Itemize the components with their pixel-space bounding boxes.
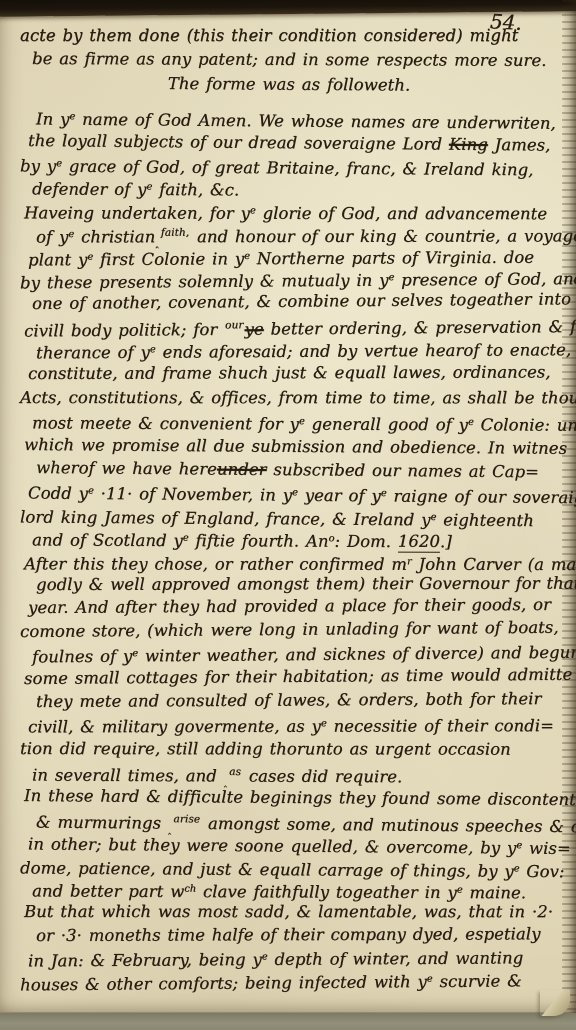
text-run: necessitie of their condi= <box>327 716 554 736</box>
text-run: which we promise all due submission and … <box>24 435 567 458</box>
text-run: in Jan: & February, being y <box>28 950 262 970</box>
inserted-word: faith, <box>161 227 189 239</box>
text-run: raigne of our soveraigne <box>387 487 576 508</box>
text-run: After this they chose, or rather confirm… <box>24 554 407 573</box>
text-run: one of another, covenant, & combine our … <box>32 289 576 313</box>
text-run: defender of y <box>32 180 147 200</box>
text-run: But that which was most sadd, & lamentab… <box>24 902 553 921</box>
text-run: Acts, constitutions, & offices, from tim… <box>20 388 576 407</box>
manuscript-line: foulnes of ye winter weather, and sickne… <box>32 639 562 667</box>
manuscript-line: civill body politick; for ourye better o… <box>24 311 562 339</box>
struck-word: ye <box>244 319 263 338</box>
text-run: fiftie fourth. An <box>189 531 329 551</box>
text-run: year. And after they had provided a plac… <box>28 595 551 617</box>
manuscript-line: most meete & convenient for ye generall … <box>32 409 562 435</box>
text-run: James, <box>488 135 551 155</box>
text-run: year of y <box>298 486 381 506</box>
manuscript-photo: 54. acte by them done (this their condit… <box>0 0 576 1030</box>
text-run: Codd y <box>28 484 88 504</box>
text-run: better ordering, & preservation & fur= <box>264 316 576 338</box>
manuscript-line: in severall times, and ‸as cases did req… <box>32 760 562 786</box>
text-run: by y <box>20 156 56 175</box>
text-run: depth of winter, and wanting <box>268 949 524 970</box>
manuscript-line: and better part wch clave faithfully tog… <box>32 877 562 902</box>
text-run: be as firme as any patent; and in some r… <box>32 49 547 70</box>
text-run: some small cottages for their habitation… <box>24 664 572 687</box>
text-run: and better part w <box>32 881 184 901</box>
text-run: faith, &c. <box>152 180 239 199</box>
struck-word: King <box>449 134 488 153</box>
manuscript-line: of ye christian‸faith, and honour of our… <box>36 221 562 245</box>
text-run: tion did require, still adding thorunto … <box>20 739 511 759</box>
inserted-word: our <box>225 319 243 331</box>
text-run: first Colonie in y <box>93 249 244 269</box>
manuscript-line: some small cottages for their habitation… <box>24 662 562 690</box>
manuscript-line: After this they chose, or rather confirm… <box>24 550 562 574</box>
text-run: presence of God, and <box>394 269 576 289</box>
manuscript-line: therance of ye ends aforesaid; and by ve… <box>36 336 562 363</box>
text-run: ·11· of November, in y <box>94 484 292 505</box>
manuscript-line: But that which was most sadd, & lamentab… <box>24 900 562 924</box>
inserted-word: as <box>229 766 241 778</box>
text-run: houses & other comforts; being infected … <box>20 972 427 994</box>
text-run: or ·3· moneths time halfe of their compa… <box>36 924 541 945</box>
text-run: civill, & military govermente, as y <box>28 717 321 737</box>
text-run: they mete and consulted of lawes, & orde… <box>36 689 541 711</box>
text-run: of y <box>36 228 68 247</box>
inserted-word: arise <box>173 813 200 825</box>
superscript-letter: ch <box>184 884 196 895</box>
manuscript-line: they mete and consulted of lawes, & orde… <box>36 687 562 713</box>
text-run: comone store, (which were long in unladi… <box>20 617 559 640</box>
manuscript-line: be as firme as any patent; and in some r… <box>32 47 562 72</box>
text-run: most meete & convenient for y <box>32 414 299 434</box>
manuscript-line: The forme was as followeth. <box>16 71 562 98</box>
text-run: in severall times, and <box>32 766 224 786</box>
text-run: acte by them done (this their condition … <box>20 26 518 45</box>
text-run: The forme was as followeth. <box>168 74 411 95</box>
text-run: foulnes of y <box>32 647 132 667</box>
text-run: plant y <box>28 250 87 269</box>
text-run: Gov: <box>519 861 564 880</box>
text-run: and of Scotland y <box>32 531 183 551</box>
manuscript-line: defender of ye faith, &c. <box>32 175 562 201</box>
text-run: In these hard & difficulte beginings the… <box>24 786 576 809</box>
manuscript-line: civill, & military govermente, as ye nec… <box>28 712 562 737</box>
manuscript-line: acte by them done (this their condition … <box>20 24 562 47</box>
manuscript-line: tion did require, still adding thorunto … <box>20 737 562 761</box>
text-run: Haveing undertaken, for y <box>24 203 250 222</box>
text-run: wis= <box>522 839 571 858</box>
photo-bottom-band <box>0 1013 576 1030</box>
text-run: constitute, and frame shuch just & equal… <box>28 363 551 384</box>
struck-word: under <box>217 460 267 479</box>
manuscript-text: acte by them done (this their condition … <box>16 24 562 994</box>
manuscript-line: constitute, and frame shuch just & equal… <box>28 361 562 386</box>
text-run: subscribed our names at Cap= <box>266 460 539 481</box>
text-run: godly & well approved amongst them) thei… <box>36 574 576 594</box>
manuscript-line: houses & other comforts; being infected … <box>20 966 562 994</box>
text-run: Colonie: unto <box>474 416 576 436</box>
text-run: christian <box>74 227 155 246</box>
manuscript-line: Haveing undertaken, for ye glorie of God… <box>24 199 562 223</box>
text-run: .] <box>440 532 452 551</box>
text-run: cases did require. <box>242 767 402 787</box>
text-run: scurvie & <box>433 971 522 991</box>
text-run: generall good of y <box>305 415 468 435</box>
text-run: : Dom. <box>334 532 397 551</box>
manuscript-line: Acts, constitutions, & offices, from tim… <box>20 386 562 410</box>
text-run: John Carver (a man <box>412 554 576 573</box>
manuscript-line: and of Scotland ye fiftie fourth. Ano: D… <box>32 526 562 552</box>
text-run: In y <box>36 110 70 129</box>
text-run: the loyall subjects of our dread soverai… <box>28 131 449 154</box>
text-run: therance of y <box>36 343 150 363</box>
text-run: wherof we have here <box>36 458 217 479</box>
text-run: ends aforesaid; and by vertue hearof to … <box>156 340 572 362</box>
